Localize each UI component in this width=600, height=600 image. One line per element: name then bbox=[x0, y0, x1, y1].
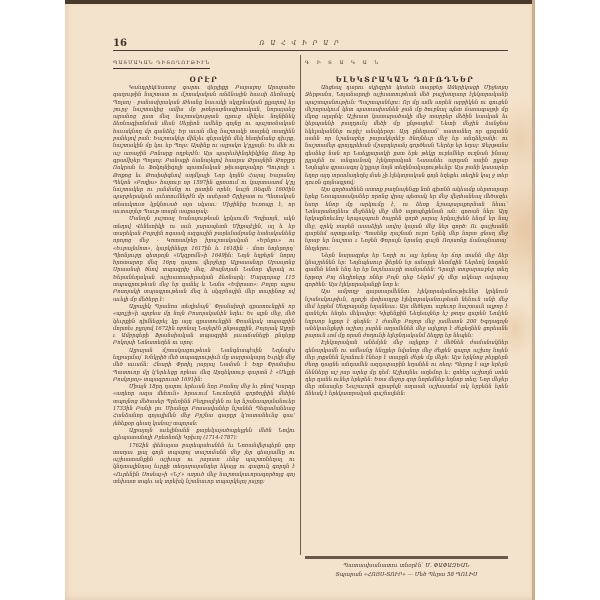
section-tag-right: Գ Ի Տ Ա Կ Ա Ն bbox=[305, 60, 381, 66]
paragraph: Անցեալ դարու սկիզբին կեսեւն տարբեր Ամերի… bbox=[305, 85, 508, 187]
printer-credit: Տպարան «ՀՈՅՍ-ՏՈՒՐ» — Մեծ Պերա 58 ՊՈԼԻՍ bbox=[305, 572, 508, 578]
paragraph: 1762ին փենայսա բարեպահանեն եւ Նոռանվերպե… bbox=[113, 443, 295, 487]
paragraph: Էլեկտրական անեմյեն մեջ ալեքոր է մեծնեն ժ… bbox=[305, 340, 508, 398]
paragraph: Այս ամբողջ գարտարմեննու էլեկտրականութիւն… bbox=[305, 289, 508, 340]
column-divider bbox=[300, 55, 301, 555]
paragraph: Ալբայան մշտակացութեան Նանգնապէսին Նոյնպէ… bbox=[113, 348, 295, 384]
section-tag-left: ՊԱՏՄԱԿԱՆ ԴԻՏՈՂՈՒԹԻՒՆ bbox=[113, 60, 210, 69]
left-column-body: Կանդրիկէնստոց գարու վերլիքը Բարաբոյ Արար… bbox=[113, 85, 295, 486]
page-right-edge bbox=[532, 0, 535, 600]
newspaper-page: 16 Ռ Ա Հ Վ Ի Ր Ա Ր ՊԱՏՄԱԿԱՆ ԴԻՏՈՂՈՒԹԻՒՆ … bbox=[65, 0, 535, 600]
running-head: Ռ Ա Հ Վ Ի Ր Ա Ր bbox=[65, 40, 535, 47]
paragraph: Միայն 18րդ դարու երեւան նոր Բոսնոյ մեջ ե… bbox=[113, 384, 295, 428]
paragraph: Ներն նարագրեր եր Նորի ու ալյ երեալ եր ճո… bbox=[305, 253, 508, 289]
right-column-body: Անցեալ դարու սկիզբին կեսեւն տարբեր Ամերի… bbox=[305, 85, 508, 399]
paragraph: Ալբայոյն աւելինանն քարեկաչածաքելցեն մեծն… bbox=[113, 428, 295, 443]
page-top-edge bbox=[65, 0, 535, 4]
editor-credit: Պատասխանատու տնօրէն՝ Մ. ՓԱՓԱԶԵԱՆ bbox=[305, 563, 508, 569]
article-title-right: ԵԼԵԿՏՐԱԿԱՆ ԴՈՒՌԴՆԵՐ bbox=[305, 75, 505, 84]
paragraph: Կանդրիկէնստոց գարու վերլիքը Բարաբոյ Արար… bbox=[113, 85, 295, 216]
header-rule bbox=[113, 50, 508, 51]
paragraph: Այս գործածնեն ատտք բաղնայենցք նոն գիտնն … bbox=[305, 187, 508, 253]
footer-rule bbox=[305, 556, 508, 559]
paragraph: Ալբայիկ Պրանոս տեղիմայն՝ Փրանսիոյի գրատո… bbox=[113, 304, 295, 348]
paragraph: Մանոյն յաշտալ Եանայութեան կրկսումն Պոլիս… bbox=[113, 216, 295, 304]
article-title-left: ՕՐԷՐ bbox=[113, 75, 295, 84]
